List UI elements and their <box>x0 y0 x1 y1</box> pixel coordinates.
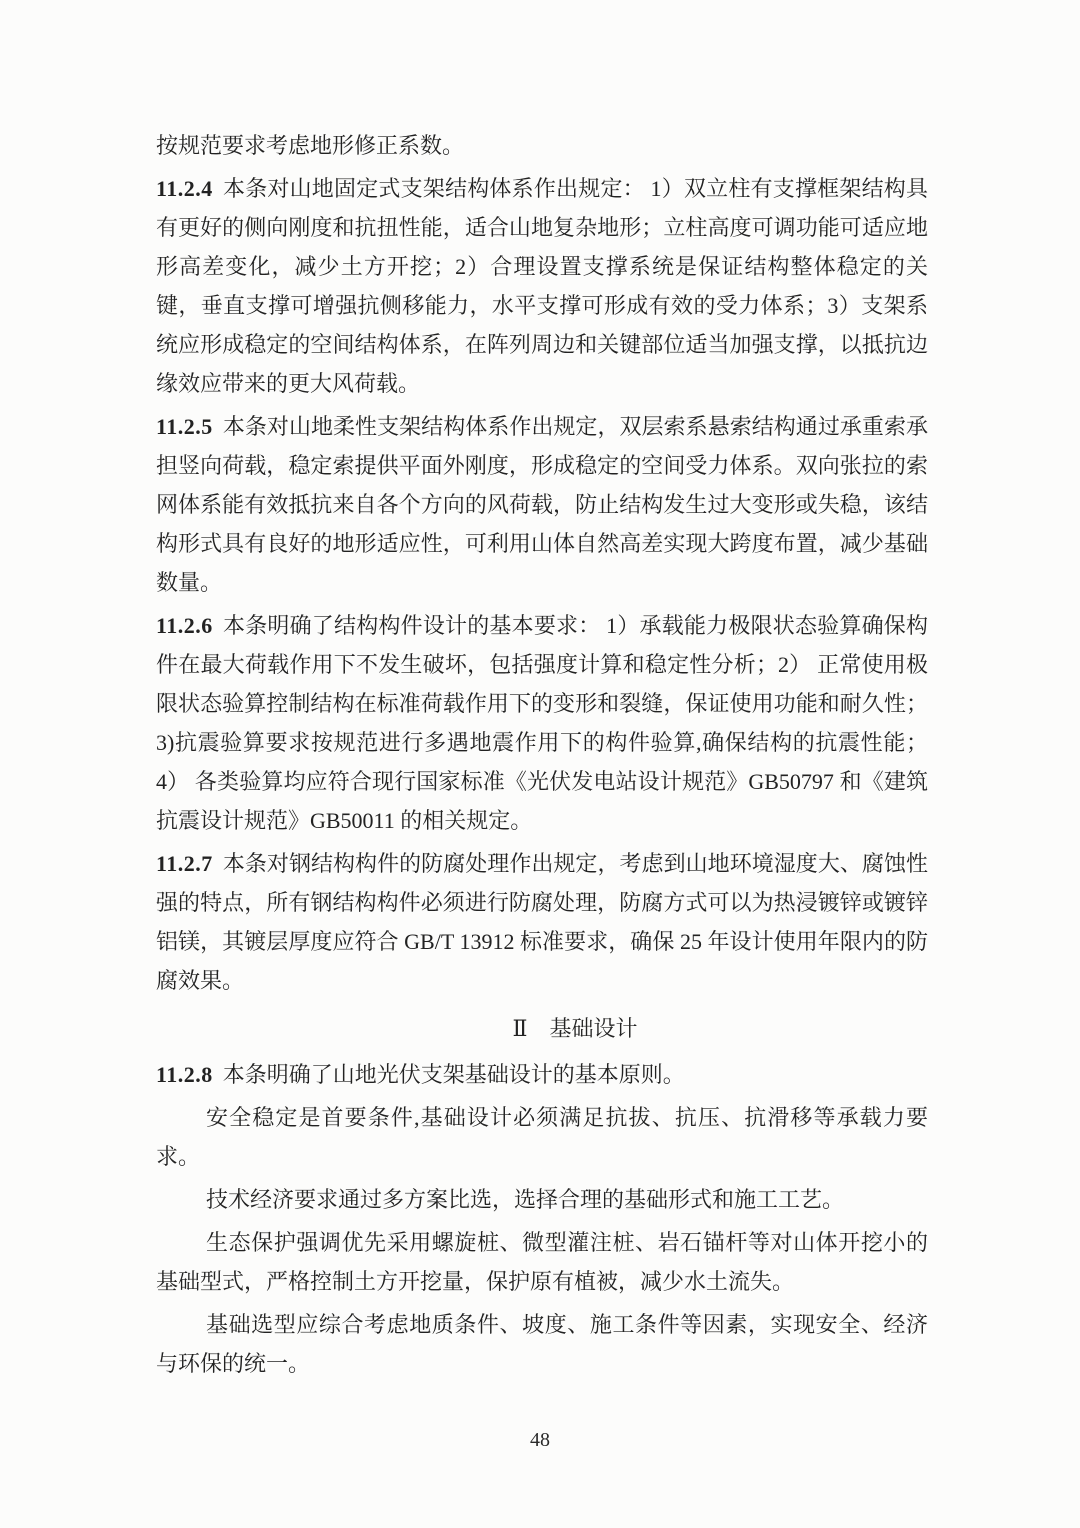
paragraph-text: 安全稳定是首要条件,基础设计必须满足抗拔、抗压、抗滑移等承载力要求。 <box>156 1105 928 1169</box>
paragraph-safety-stability: 安全稳定是首要条件,基础设计必须满足抗拔、抗压、抗滑移等承载力要求。 <box>156 1098 928 1176</box>
paragraph-text: 本条明确了山地光伏支架基础设计的基本原则。 <box>223 1062 685 1087</box>
paragraph-11-2-5: 11.2.5本条对山地柔性支架结构体系作出规定，双层索系悬索结构通过承重索承担竖… <box>156 407 928 602</box>
clause-number-11-2-6: 11.2.6 <box>156 613 213 638</box>
paragraph-text: 基础选型应综合考虑地质条件、坡度、施工条件等因素，实现安全、经济与环保的统一。 <box>156 1312 928 1376</box>
clause-number-11-2-8: 11.2.8 <box>156 1062 213 1087</box>
paragraph-text: 生态保护强调优先采用螺旋桩、微型灌注桩、岩石锚杆等对山体开挖小的基础型式，严格控… <box>156 1230 928 1294</box>
paragraph-11-2-7: 11.2.7本条对钢结构构件的防腐处理作出规定，考虑到山地环境湿度大、腐蚀性强的… <box>156 844 928 1000</box>
paragraph-technical-economic: 技术经济要求通过多方案比选，选择合理的基础形式和施工工艺。 <box>156 1180 928 1219</box>
section-heading-foundation-design: Ⅱ 基础设计 <box>156 1009 928 1048</box>
clause-number-11-2-5: 11.2.5 <box>156 414 213 439</box>
paragraph-foundation-selection: 基础选型应综合考虑地质条件、坡度、施工条件等因素，实现安全、经济与环保的统一。 <box>156 1305 928 1383</box>
document-page: 按规范要求考虑地形修正系数。 11.2.4本条对山地固定式支架结构体系作出规定：… <box>0 0 1080 1528</box>
paragraph-11-2-4: 11.2.4本条对山地固定式支架结构体系作出规定： 1）双立柱有支撑框架结构具有… <box>156 169 928 403</box>
paragraph-text: 本条对山地柔性支架结构体系作出规定，双层索系悬索结构通过承重索承担竖向荷载，稳定… <box>156 414 928 595</box>
paragraph-11-2-8: 11.2.8本条明确了山地光伏支架基础设计的基本原则。 <box>156 1055 928 1094</box>
paragraph-text: 按规范要求考虑地形修正系数。 <box>156 133 464 158</box>
clause-number-11-2-7: 11.2.7 <box>156 851 213 876</box>
paragraph-11-2-6: 11.2.6本条明确了结构构件设计的基本要求： 1）承载能力极限状态验算确保构件… <box>156 606 928 840</box>
page-number: 48 <box>0 1429 1080 1452</box>
paragraph-ecological-protection: 生态保护强调优先采用螺旋桩、微型灌注桩、岩石锚杆等对山体开挖小的基础型式，严格控… <box>156 1223 928 1301</box>
paragraph-text: 本条明确了结构构件设计的基本要求： 1）承载能力极限状态验算确保构件在最大荷载作… <box>156 613 928 833</box>
clause-number-11-2-4: 11.2.4 <box>156 176 213 201</box>
page-content: 按规范要求考虑地形修正系数。 11.2.4本条对山地固定式支架结构体系作出规定：… <box>156 126 928 1387</box>
paragraph-continuation: 按规范要求考虑地形修正系数。 <box>156 126 928 165</box>
paragraph-text: 本条对钢结构构件的防腐处理作出规定，考虑到山地环境湿度大、腐蚀性强的特点，所有钢… <box>156 851 928 993</box>
paragraph-text: 本条对山地固定式支架结构体系作出规定： 1）双立柱有支撑框架结构具有更好的侧向刚… <box>156 176 928 396</box>
paragraph-text: 技术经济要求通过多方案比选，选择合理的基础形式和施工工艺。 <box>206 1187 844 1212</box>
